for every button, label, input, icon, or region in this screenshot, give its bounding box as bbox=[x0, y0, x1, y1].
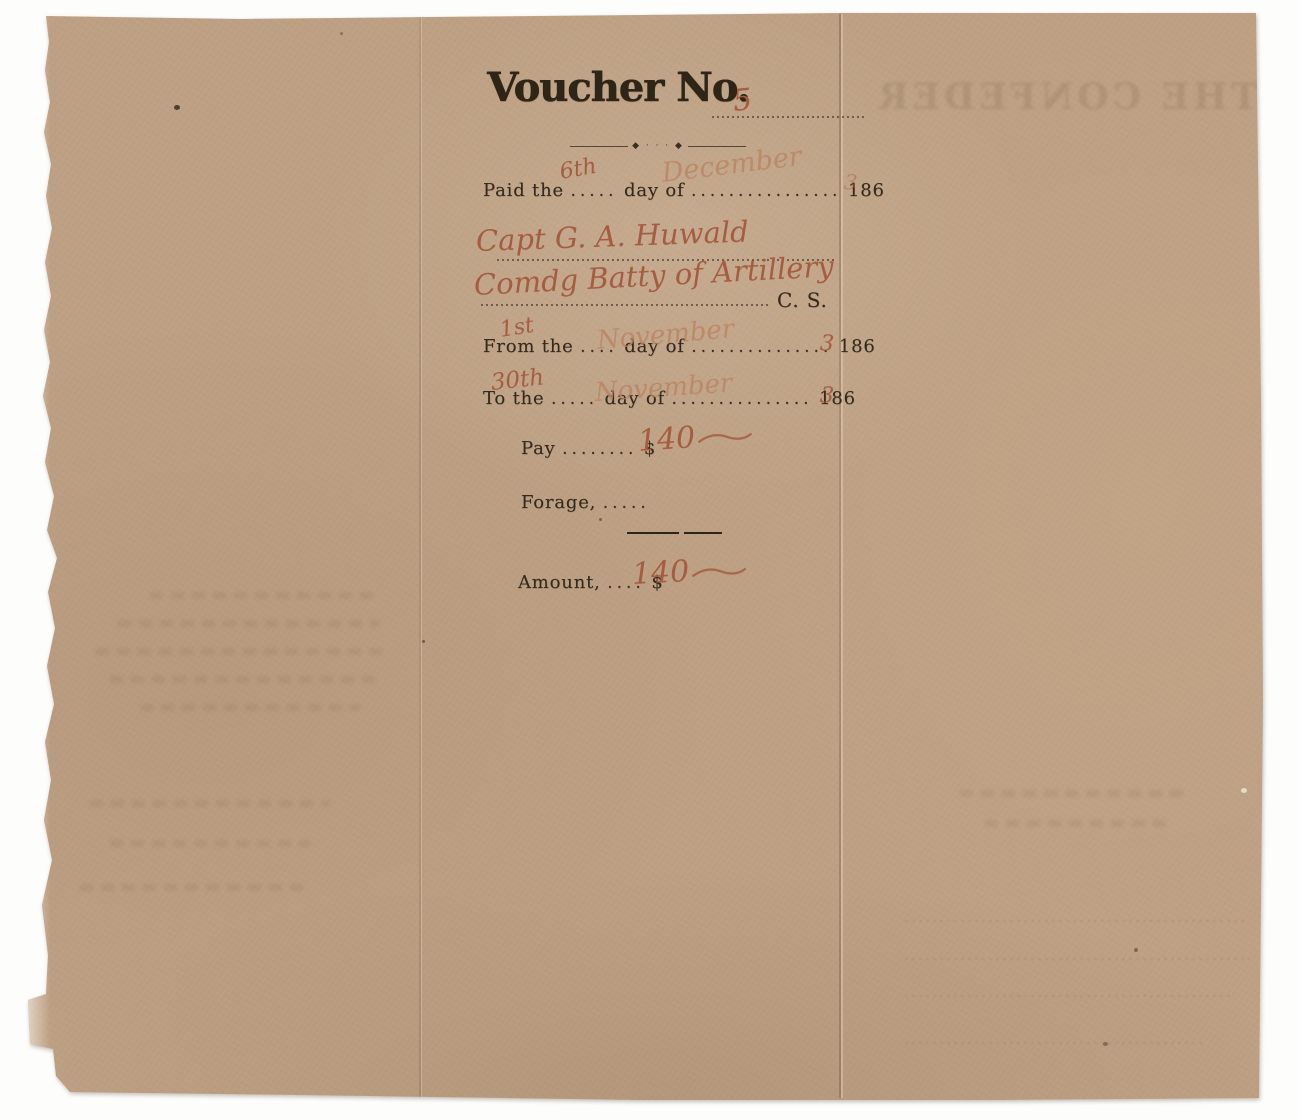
bleedthrough-line bbox=[80, 884, 310, 891]
dotted-leader: ........ bbox=[562, 439, 637, 459]
ornament-divider: ◆ · · · ◆ bbox=[570, 141, 746, 151]
paid-year-script: 3 bbox=[843, 170, 858, 195]
bleedthrough-dotted-line bbox=[905, 958, 1250, 960]
paper-speck bbox=[599, 518, 602, 521]
pay-amount-script: 140 bbox=[637, 416, 754, 459]
left-fold-highlight bbox=[421, 14, 422, 1098]
bleedthrough-dotted-line bbox=[905, 920, 1245, 922]
paper-speck bbox=[422, 640, 425, 643]
voucher-title: Voucher No. bbox=[487, 64, 749, 111]
sum-rule-segment bbox=[627, 532, 679, 534]
payee-name-script: Capt G. A. Huwald bbox=[475, 214, 749, 257]
bleedthrough-line bbox=[118, 620, 380, 627]
dotted-leader: ..... bbox=[570, 181, 617, 201]
bleedthrough-line bbox=[985, 820, 1165, 827]
divider-line bbox=[570, 146, 628, 147]
bleedthrough-dotted-line bbox=[905, 1042, 1205, 1044]
pen-flourish bbox=[691, 562, 748, 581]
paper-speck bbox=[1103, 1042, 1108, 1046]
paper-speck bbox=[340, 32, 343, 35]
sum-rule-segment bbox=[684, 532, 722, 534]
bleedthrough-title: THE CONFEDERATE bbox=[878, 76, 1258, 118]
from-year-script: 3 bbox=[819, 331, 835, 357]
amount-label: Amount, bbox=[518, 572, 601, 593]
forage-label: Forage, bbox=[521, 492, 596, 513]
from-year: 186 bbox=[839, 336, 876, 357]
pay-line: Pay ........ $ bbox=[521, 438, 656, 459]
to-day-script: 30th bbox=[490, 364, 546, 395]
payee-unit-rule bbox=[481, 304, 771, 306]
from-prefix: From the bbox=[483, 336, 574, 357]
paper-speck bbox=[1134, 948, 1138, 952]
paid-prefix: Paid the bbox=[483, 180, 564, 201]
voucher-paper: THE CONFEDERATE Voucher No. bbox=[0, 0, 1300, 1120]
torn-edge-highlight bbox=[28, 16, 62, 1096]
bleedthrough-dotted-line bbox=[905, 995, 1235, 997]
amount-value: 140 bbox=[631, 554, 690, 592]
pay-amount-value: 140 bbox=[637, 420, 697, 459]
right-fold-highlight bbox=[841, 14, 843, 1098]
pen-flourish bbox=[697, 427, 754, 447]
pay-label: Pay bbox=[521, 438, 556, 459]
to-year-script: 3 bbox=[819, 383, 835, 409]
voucher-number-rule bbox=[712, 116, 866, 118]
paper-speck-light bbox=[1241, 788, 1247, 793]
bleedthrough-line bbox=[110, 676, 378, 683]
dotted-leader: ..... bbox=[603, 493, 650, 513]
from-day-script: 1st bbox=[498, 313, 536, 343]
cs-suffix: C. S. bbox=[777, 288, 828, 312]
bleedthrough-line bbox=[96, 648, 382, 655]
paper-shadow-wrap: THE CONFEDERATE Voucher No. bbox=[0, 0, 1300, 1120]
bleedthrough-line bbox=[110, 840, 310, 847]
bleedthrough-line bbox=[90, 800, 330, 807]
paper-speck bbox=[174, 105, 180, 110]
divider-line bbox=[688, 146, 746, 147]
divider-ornament: ◆ · · · ◆ bbox=[628, 141, 688, 151]
forage-line: Forage, ..... bbox=[521, 492, 650, 513]
bleedthrough-line bbox=[140, 704, 360, 711]
scanned-voucher-document: THE CONFEDERATE Voucher No. bbox=[0, 0, 1300, 1120]
dotted-leader: ................ bbox=[691, 181, 841, 201]
amount-value-script: 140 bbox=[631, 551, 748, 592]
bleedthrough-line bbox=[150, 592, 380, 599]
voucher-number-script: 5 bbox=[731, 82, 754, 119]
dotted-leader: ..... bbox=[551, 389, 598, 409]
bleedthrough-line bbox=[960, 790, 1190, 797]
